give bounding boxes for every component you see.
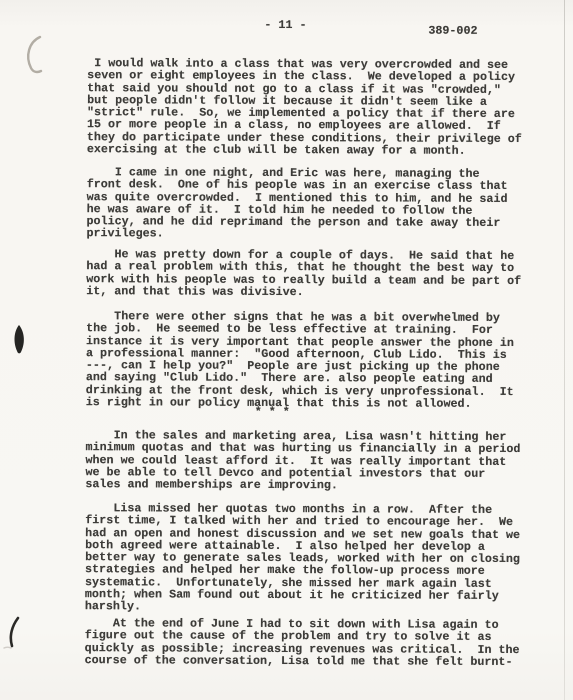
scan-edge-line <box>564 0 565 700</box>
handwritten-paren-mark <box>16 34 52 76</box>
paragraph: I would walk into a class that was very … <box>87 57 522 157</box>
paragraph: At the end of June I had to sit down wit… <box>85 617 520 668</box>
paragraph: In the sales and marketing area, Lisa wa… <box>85 429 520 492</box>
handwritten-stroke-mark <box>2 614 26 658</box>
paragraph: Lisa missed her quotas two months in a r… <box>85 502 520 615</box>
ink-blot-mark <box>8 322 32 358</box>
paragraph: I came in one night, and Eric was here, … <box>86 166 507 242</box>
section-separator: * * * <box>255 406 290 418</box>
scanned-document-page: - 11 - 389-002 I would walk into a class… <box>0 0 573 700</box>
page-number: - 11 - <box>264 19 306 31</box>
page-content: - 11 - 389-002 I would walk into a class… <box>0 0 573 700</box>
paragraph: He was pretty down for a couple of days.… <box>86 248 521 299</box>
document-reference-number: 389-002 <box>428 25 477 38</box>
paragraph: There were other signs that he was a bit… <box>86 310 514 410</box>
